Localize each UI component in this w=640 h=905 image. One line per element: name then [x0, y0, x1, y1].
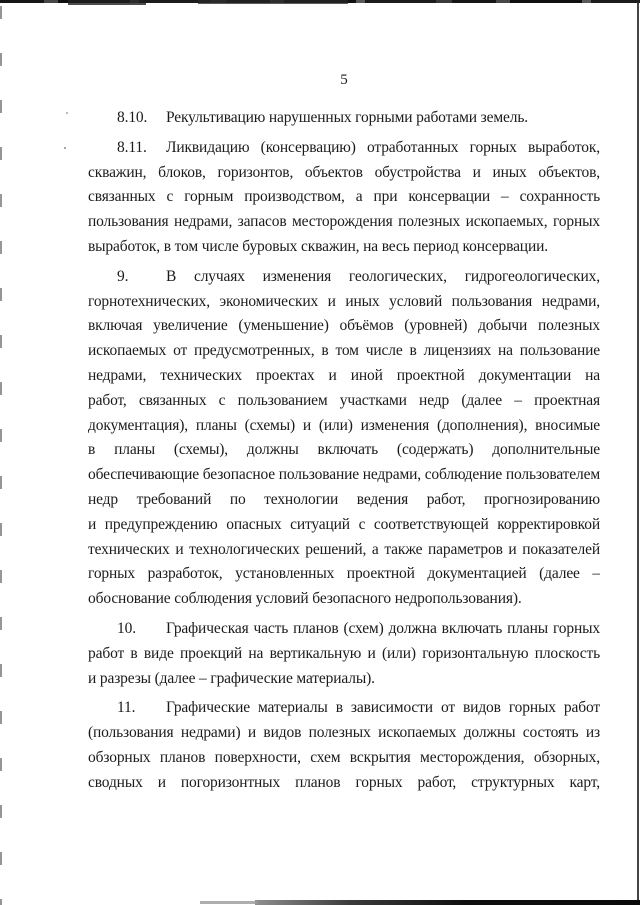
text-line: работ, связанных с пользованием участкам… — [88, 389, 600, 414]
scan-edge-bottom — [255, 900, 640, 905]
scan-edge-top-blob — [198, 0, 348, 4]
scan-edge-bottom-lead — [200, 901, 258, 904]
paragraph: 8.10.Рекультивацию нарушенных горными ра… — [88, 106, 600, 131]
text-line: обоснование соблюдения условий безопасно… — [88, 587, 600, 612]
text-line: сводных и погоризонтных планов горных ра… — [88, 771, 600, 796]
text-line: и предупреждению опасных ситуаций с соот… — [88, 513, 600, 538]
paragraph: 9.В случаях изменения геологических, гид… — [88, 265, 600, 612]
text-line: 8.10.Рекультивацию нарушенных горными ра… — [88, 106, 600, 131]
text-line: (пользования недрами) и видов полезных и… — [88, 721, 600, 746]
paragraph-number: 10. — [117, 617, 166, 642]
scan-edge-right — [637, 0, 639, 900]
text-line: пользования недрами, запасов месторожден… — [88, 210, 600, 235]
text-line: связанных с горным производством, а при … — [88, 185, 600, 210]
text-line: выработок, в том числе буровых скважин, … — [88, 235, 600, 260]
scan-edge-left — [0, 6, 2, 905]
paragraph-number: 8.10. — [117, 106, 166, 131]
text-line: скважин, блоков, горизонтов, объектов об… — [88, 161, 600, 186]
text-line: обеспечивающие безопасное пользование не… — [88, 463, 600, 488]
paragraph: 10.Графическая часть планов (схем) должн… — [88, 617, 600, 691]
paragraph-number: 11. — [117, 696, 166, 721]
text-line: включая увеличение (уменьшение) объёмов … — [88, 314, 600, 339]
text-line: недр требований по технологии ведения ра… — [88, 488, 600, 513]
scan-speck — [64, 147, 66, 149]
text-line: 8.11.Ликвидацию (консервацию) отработанн… — [88, 136, 600, 161]
text-line: обзорных планов поверхности, схем вскрыт… — [88, 746, 600, 771]
scan-speck — [66, 112, 68, 114]
text-line: горнотехнических, экономических и иных у… — [88, 290, 600, 315]
text-line: и разрезы (далее – графические материалы… — [88, 667, 600, 692]
paragraph-number: 8.11. — [117, 136, 166, 161]
document-body: 8.10.Рекультивацию нарушенных горными ра… — [88, 106, 600, 796]
paragraph: 11.Графические материалы в зависимости о… — [88, 696, 600, 795]
text-line: горных разработок, установленных проектн… — [88, 562, 600, 587]
scan-edge-top-blob — [68, 0, 146, 5]
text-line: 9.В случаях изменения геологических, гид… — [88, 265, 600, 290]
text-line: 10.Графическая часть планов (схем) должн… — [88, 617, 600, 642]
text-line: ископаемых от предусмотренных, в том чис… — [88, 339, 600, 364]
text-line: документация), планы (схемы) и (или) изм… — [88, 414, 600, 439]
text-line: технических и технологических решений, а… — [88, 538, 600, 563]
text-line: 11.Графические материалы в зависимости о… — [88, 696, 600, 721]
text-line: недрами, технических проектах и иной про… — [88, 364, 600, 389]
scanned-document-page: { "colors": { "paper": "#ffffff", "ink":… — [0, 0, 640, 905]
text-line: в планы (схемы), должны включать (содерж… — [88, 438, 600, 463]
page-number: 5 — [88, 72, 600, 89]
text-line: работ в виде проекций на вертикальную и … — [88, 642, 600, 667]
paragraph-number: 9. — [117, 265, 166, 290]
paragraph: 8.11.Ликвидацию (консервацию) отработанн… — [88, 136, 600, 260]
